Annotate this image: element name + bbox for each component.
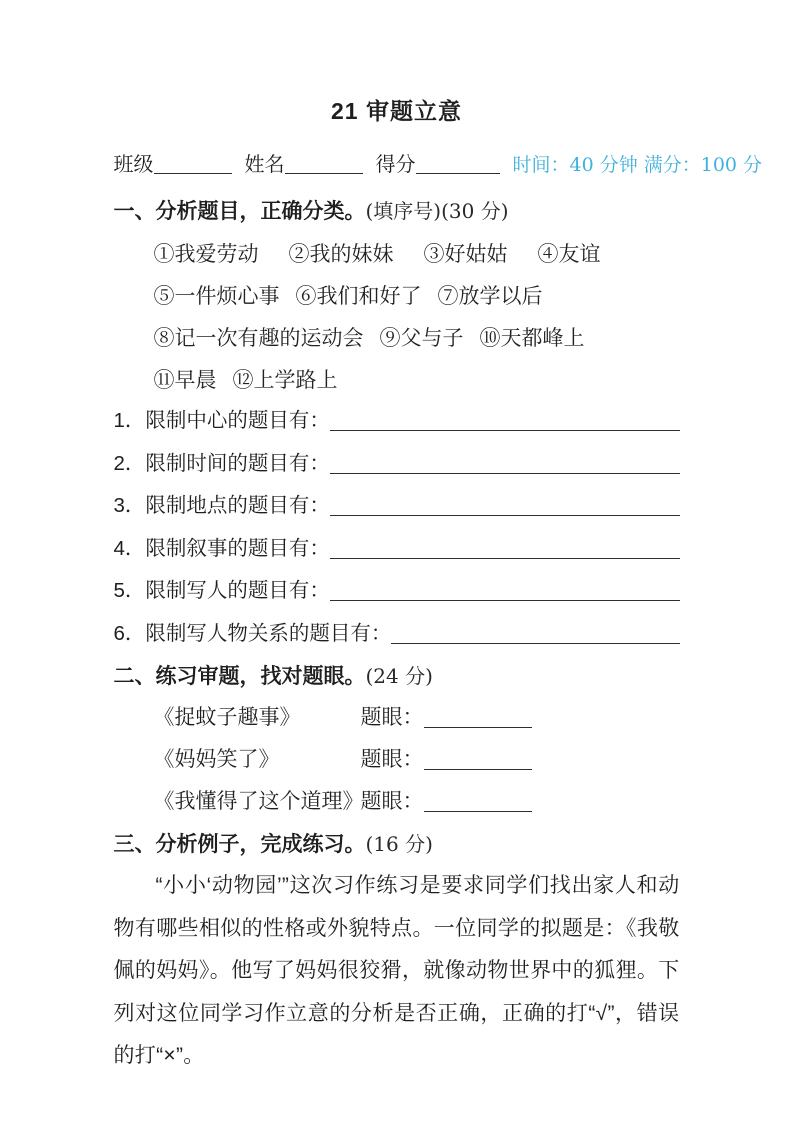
option-1: ①我爱劳动 — [154, 238, 259, 268]
question-3-blank — [330, 515, 680, 516]
question-6: 6．限制写人物关系的题目有： — [114, 613, 680, 656]
option-row-4: ⑪早晨 ⑫上学路上 — [114, 358, 680, 400]
question-5-blank — [330, 600, 680, 601]
score-label: 得分 — [376, 148, 416, 177]
question-5: 5．限制写人的题目有： — [114, 570, 680, 613]
section-three-note: (16 分) — [366, 832, 433, 856]
tiyan-item-1-blank — [424, 727, 532, 728]
tiyan-item-3-blank — [424, 811, 532, 812]
tiyan-item-1-title: 《捉蚊子趣事》 — [154, 697, 361, 739]
question-6-blank — [391, 643, 679, 644]
section-one-note: (填序号)(30 分) — [366, 199, 509, 223]
score-blank — [416, 171, 500, 174]
option-2: ②我的妹妹 — [289, 238, 394, 268]
time-fullscore-note: 时间：40 分钟 满分：100 分 — [513, 150, 763, 177]
student-info-row: 班级 姓名 得分 时间：40 分钟 满分：100 分 — [114, 148, 680, 174]
tiyan-item-2-label: 题眼： — [361, 739, 424, 781]
tiyan-item-3-title: 《我懂得了这个道理》 — [154, 781, 361, 823]
option-6: ⑥我们和好了 — [296, 280, 422, 310]
question-2-blank — [330, 473, 680, 474]
name-field: 姓名 — [245, 148, 363, 177]
question-3: 3．限制地点的题目有： — [114, 485, 680, 528]
score-field: 得分 — [376, 148, 500, 177]
option-row-1: ①我爱劳动 ②我的妹妹 ③好姑姑 ④友谊 — [114, 232, 680, 274]
section-two-title: 二、练习审题，找对题眼。 — [114, 665, 366, 688]
class-field: 班级 — [114, 148, 232, 177]
tiyan-item-1-label: 题眼： — [361, 697, 424, 739]
tiyan-item-3-label: 题眼： — [361, 781, 424, 823]
option-11: ⑪早晨 — [154, 364, 217, 394]
tiyan-item-2-title: 《妈妈笑了》 — [154, 739, 361, 781]
question-1-blank — [330, 430, 680, 431]
tiyan-item-3: 《我懂得了这个道理》 题眼： — [114, 781, 680, 823]
question-2: 2．限制时间的题目有： — [114, 443, 680, 486]
class-blank — [154, 171, 232, 174]
section-two-note: (24 分) — [366, 664, 433, 688]
tiyan-item-2: 《妈妈笑了》 题眼： — [114, 739, 680, 781]
question-5-label: 5．限制写人的题目有： — [114, 570, 330, 613]
option-row-3: ⑧记一次有趣的运动会 ⑨父与子 ⑩天都峰上 — [114, 316, 680, 358]
section-one-heading: 一、分析题目，正确分类。(填序号)(30 分) — [114, 190, 680, 232]
option-9: ⑨父与子 — [380, 322, 464, 352]
name-label: 姓名 — [245, 148, 285, 177]
tiyan-item-2-blank — [424, 769, 532, 770]
page-title: 21 审题立意 — [114, 96, 680, 126]
question-4: 4．限制叙事的题目有： — [114, 528, 680, 571]
option-5: ⑤一件烦心事 — [154, 280, 280, 310]
section-three-paragraph: “小小‘动物园’”这次习作练习是要求同学们找出家人和动物有哪些相似的性格或外貌特… — [114, 865, 680, 1078]
name-blank — [285, 171, 363, 174]
section-one-title: 一、分析题目，正确分类。 — [114, 200, 366, 223]
option-12: ⑫上学路上 — [233, 364, 338, 394]
option-row-2: ⑤一件烦心事 ⑥我们和好了 ⑦放学以后 — [114, 274, 680, 316]
section-two-heading: 二、练习审题，找对题眼。(24 分) — [114, 655, 680, 697]
option-10: ⑩天都峰上 — [480, 322, 585, 352]
section-three-heading: 三、分析例子，完成练习。(16 分) — [114, 823, 680, 865]
question-1-label: 1．限制中心的题目有： — [114, 400, 330, 443]
question-6-label: 6．限制写人物关系的题目有： — [114, 613, 392, 656]
tiyan-item-1: 《捉蚊子趣事》 题眼： — [114, 697, 680, 739]
class-label: 班级 — [114, 148, 154, 177]
worksheet-page: 21 审题立意 班级 姓名 得分 时间：40 分钟 满分：100 分 一、分析题… — [114, 0, 680, 1078]
question-4-label: 4．限制叙事的题目有： — [114, 528, 330, 571]
option-4: ④友谊 — [538, 238, 601, 268]
question-4-blank — [330, 558, 680, 559]
question-2-label: 2．限制时间的题目有： — [114, 443, 330, 486]
option-3: ③好姑姑 — [424, 238, 508, 268]
question-3-label: 3．限制地点的题目有： — [114, 485, 330, 528]
option-8: ⑧记一次有趣的运动会 — [154, 322, 364, 352]
section-three-title: 三、分析例子，完成练习。 — [114, 833, 366, 856]
option-7: ⑦放学以后 — [438, 280, 543, 310]
question-1: 1．限制中心的题目有： — [114, 400, 680, 443]
